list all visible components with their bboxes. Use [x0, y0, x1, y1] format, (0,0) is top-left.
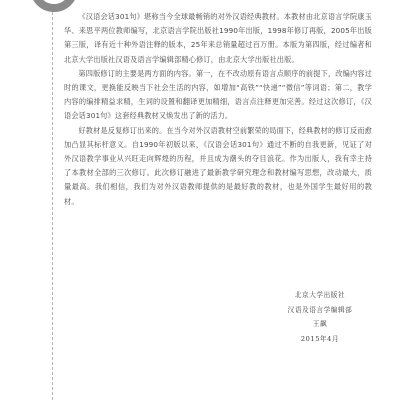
paragraph-3: 好教材是反复修订出来的。在当今对外汉语教材空前繁荣的局面下，经典教材的修订反而愈… — [64, 124, 372, 209]
signature-block: 北京大学出版社 汉语及语言学编辑部 王飙 2015年4月 — [270, 288, 370, 346]
dashed-margin-line — [52, 12, 53, 400]
document-page: 《汉语会话301句》堪称当今全球最畅销的对外汉语经典教材。本教材由北京语言学院康… — [0, 0, 400, 400]
preface-body: 《汉语会话301句》堪称当今全球最畅销的对外汉语经典教材。本教材由北京语言学院康… — [64, 10, 372, 209]
signature-author: 王飙 — [270, 317, 370, 332]
paragraph-2: 第四版修订的主要是两方面的内容。第一，在不改动原有语言点顺序的前提下，改编内容过… — [64, 67, 372, 124]
paragraph-1: 《汉语会话301句》堪称当今全球最畅销的对外汉语经典教材。本教材由北京语言学院康… — [64, 10, 372, 67]
signature-publisher: 北京大学出版社 — [270, 288, 370, 303]
signature-department: 汉语及语言学编辑部 — [270, 303, 370, 318]
signature-date: 2015年4月 — [270, 332, 370, 347]
